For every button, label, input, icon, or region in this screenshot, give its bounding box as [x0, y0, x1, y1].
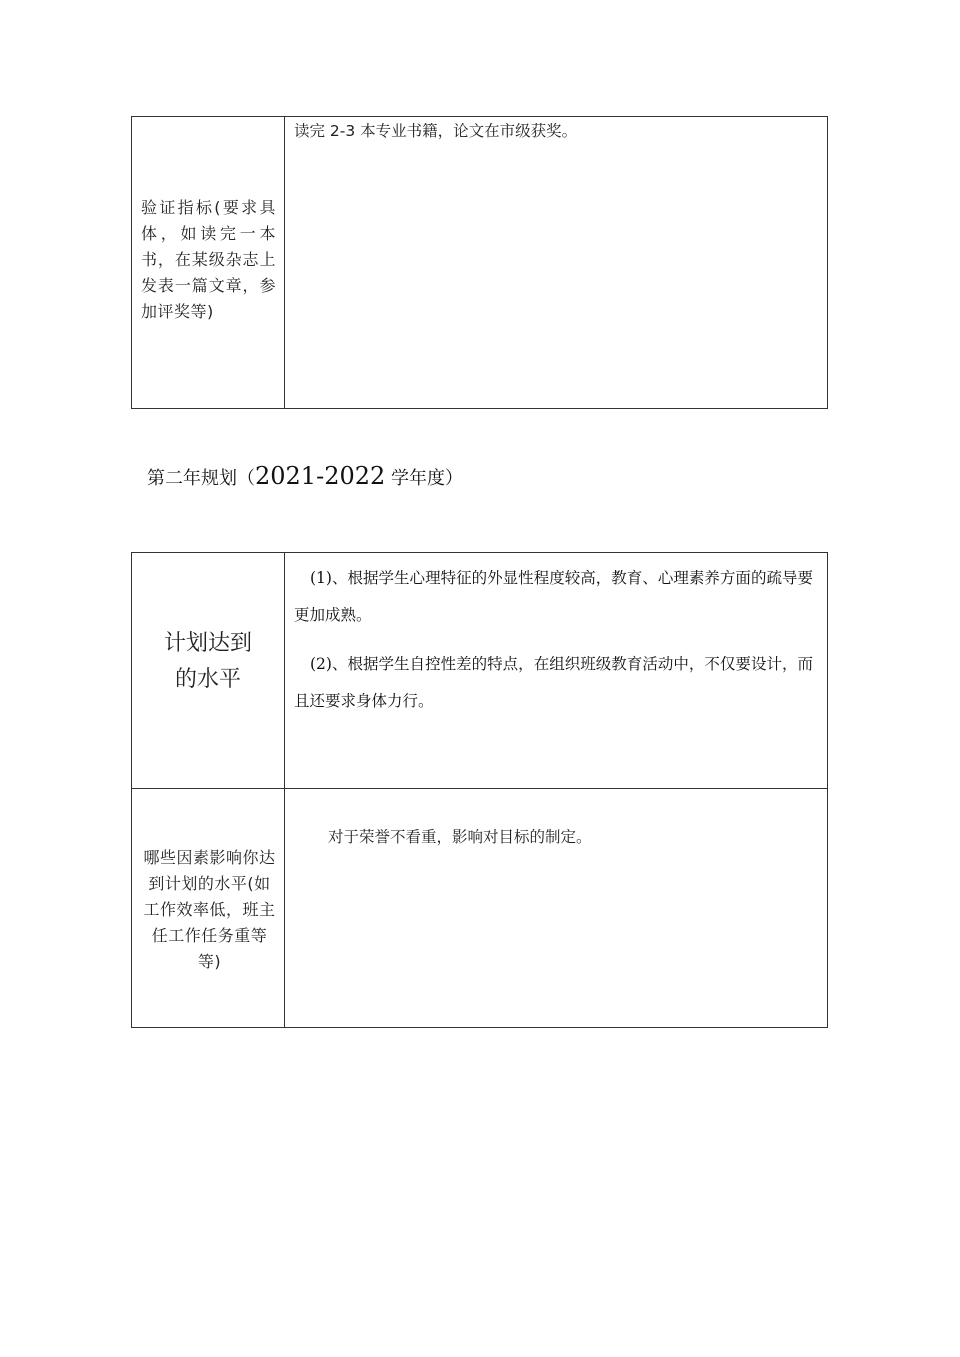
- influencing-factors-content: 对于荣誉不看重，影响对目标的制定。: [285, 789, 827, 1027]
- planned-level-content: (1)、根据学生心理特征的外显性程度较高，教育、心理素养方面的疏导要更加成熟。 …: [285, 553, 827, 788]
- table-row: 验证指标(要求具体，如读完一本书，在某级杂志上发表一篇文章，参加评奖等) 读完 …: [132, 117, 827, 408]
- planned-level-label-line2: 的水平: [164, 662, 252, 698]
- section-title-suffix: 学年度）: [385, 468, 463, 489]
- planned-level-label-line1: 计划达到: [164, 626, 252, 662]
- verification-indicator-table: 验证指标(要求具体，如读完一本书，在某级杂志上发表一篇文章，参加评奖等) 读完 …: [131, 116, 828, 409]
- row-label-cell: 验证指标(要求具体，如读完一本书，在某级杂志上发表一篇文章，参加评奖等): [132, 117, 285, 408]
- planned-level-label: 计划达到 的水平: [164, 626, 252, 716]
- verification-indicator-content: 读完 2-3 本专业书籍，论文在市级获奖。: [285, 117, 827, 408]
- table-row: 计划达到 的水平 (1)、根据学生心理特征的外显性程度较高，教育、心理素养方面的…: [132, 553, 827, 788]
- table-row: 哪些因素影响你达到计划的水平(如工作效率低，班主任工作任务重等等) 对于荣誉不看…: [132, 788, 827, 1027]
- row-label-cell: 计划达到 的水平: [132, 553, 285, 788]
- section-year-range: 2021-2022: [255, 462, 385, 490]
- plan-paragraph-2: (2)、根据学生自控性差的特点，在组织班级教育活动中，不仅要设计，而且还要求身体…: [294, 646, 813, 720]
- second-year-plan-table: 计划达到 的水平 (1)、根据学生心理特征的外显性程度较高，教育、心理素养方面的…: [131, 552, 828, 1028]
- verification-indicator-label: 验证指标(要求具体，如读完一本书，在某级杂志上发表一篇文章，参加评奖等): [141, 195, 276, 325]
- section-title: 第二年规划（2021-2022 学年度）: [147, 462, 463, 490]
- row-label-cell: 哪些因素影响你达到计划的水平(如工作效率低，班主任工作任务重等等): [132, 789, 285, 1027]
- plan-paragraph-1: (1)、根据学生心理特征的外显性程度较高，教育、心理素养方面的疏导要更加成熟。: [294, 560, 813, 634]
- influencing-factors-label: 哪些因素影响你达到计划的水平(如工作效率低，班主任工作任务重等等): [141, 845, 278, 975]
- section-title-prefix: 第二年规划（: [147, 468, 255, 489]
